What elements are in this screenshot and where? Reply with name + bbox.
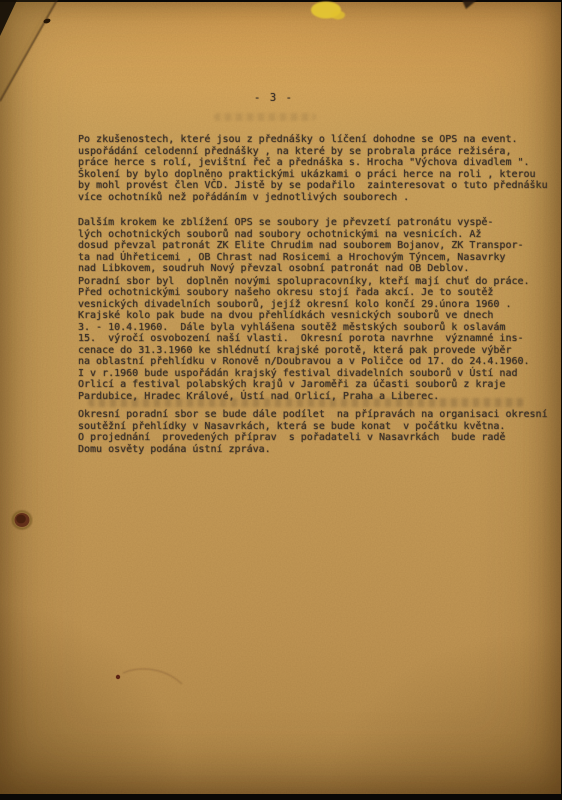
text-block: Po zkušenostech, které jsou z přednášky … [78, 134, 556, 455]
text-line: uspořádání celodenní přednášky , na kter… [78, 146, 556, 158]
document-photo: - 3 - Po zkušenostech, které jsou z před… [0, 0, 562, 800]
text-line: O projednání provedených příprav s pořad… [78, 432, 556, 444]
text-line: 3. - 10.4.1960. Dále byla vyhlášena sout… [78, 322, 556, 334]
text-line: Poradní sbor byl doplněn novými spolupra… [78, 276, 556, 288]
text-line: více ochotníků než pořádáním v jednotliv… [78, 192, 556, 204]
text-line: ta nad Úhřeticemi , OB Chrast nad Rosice… [78, 252, 556, 264]
text-line: Domu osvěty podána ústní zpráva. [78, 444, 556, 456]
text-line: Okresní poradní sbor se bude dále podíle… [78, 409, 556, 421]
text-line: Po zkušenostech, které jsou z přednášky … [78, 134, 556, 146]
text-line: práce herce s rolí, jevištní řeč a předn… [78, 157, 556, 169]
text-line: soutěžní přehlídky v Nasavrkách, která s… [78, 421, 556, 433]
text-line: cenace do 31.3.1960 ke shlédnutí krajské… [78, 345, 556, 357]
text-line: Krajské kolo pak bude na dvou přehlídkác… [78, 310, 556, 322]
text-line: vesnických divadelních souborů, jejíž ok… [78, 299, 556, 311]
text-line: Školení by bylo doplněno praktickými uká… [78, 169, 556, 181]
text-line: nad Libkovem, soudruh Nový převzal osobn… [78, 263, 556, 275]
paragraph: Po zkušenostech, které jsou z přednášky … [78, 134, 556, 203]
text-line: na oblastní přehlídku v Ronově n/Doubrav… [78, 356, 556, 368]
paragraph: Okresní poradní sbor se bude dále podíle… [78, 409, 556, 455]
paragraph: Poradní sbor byl doplněn novými spolupra… [78, 276, 556, 403]
text-line: Pardubice, Hradec Králové, Ústí nad Orli… [78, 391, 556, 403]
paragraph: Dalším krokem ke zblížení OPS se soubory… [78, 217, 556, 275]
text-line: lých ochotnických souborů nad soubory oc… [78, 229, 556, 241]
page-number: - 3 - [254, 92, 294, 104]
text-line: 15. výročí osvobození naší vlasti. Okres… [78, 333, 556, 345]
text-line: I v r.1960 bude uspořádán krajský festiv… [78, 368, 556, 380]
text-line: by mohl provést člen VČD. Jistě by se po… [78, 180, 556, 192]
text-line: Před ochotnickými soubory našeho okresu … [78, 287, 556, 299]
text-line: dosud převzal patronát ZK Elite Chrudim … [78, 240, 556, 252]
text-line: Orlicí a festival polabských krajů v Jar… [78, 379, 556, 391]
text-line: Dalším krokem ke zblížení OPS se soubory… [78, 217, 556, 229]
